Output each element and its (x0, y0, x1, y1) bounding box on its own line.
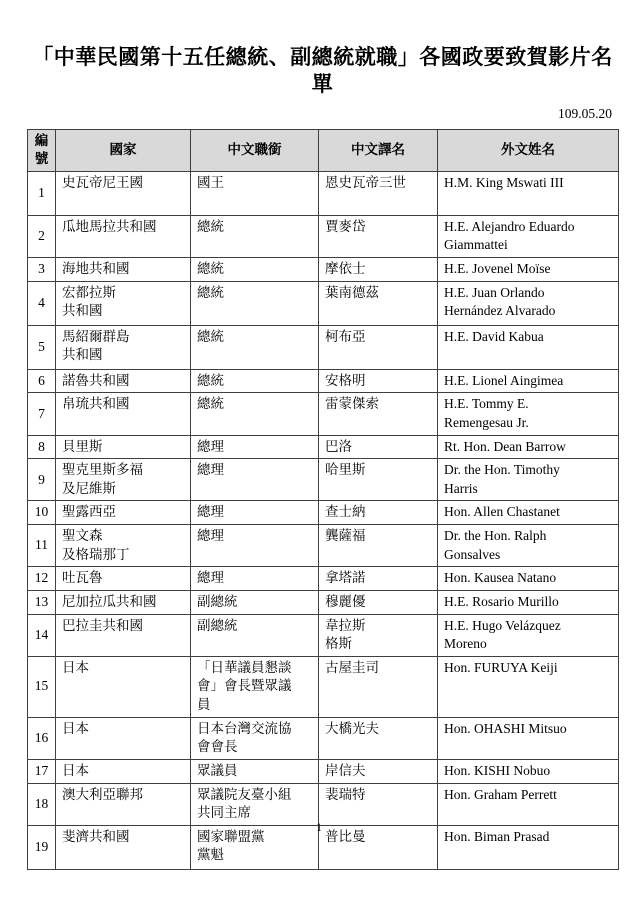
cell-name-cn: 巴洛 (319, 435, 438, 459)
table-row: 14巴拉圭共和國副總統韋拉斯 格斯H.E. Hugo Velázquez Mor… (28, 614, 619, 656)
cell-country: 史瓦帝尼王國 (56, 171, 191, 215)
cell-country: 巴拉圭共和國 (56, 614, 191, 656)
cell-country: 澳大利亞聯邦 (56, 783, 191, 825)
cell-name-en: Dr. the Hon. Ralph Gonsalves (438, 525, 619, 567)
cell-title-cn: 總統 (191, 393, 319, 435)
cell-no: 13 (28, 590, 56, 614)
cell-title-cn: 總統 (191, 258, 319, 282)
table-row: 18澳大利亞聯邦眾議院友臺小組 共同主席裴瑞特Hon. Graham Perre… (28, 783, 619, 825)
cell-no: 18 (28, 783, 56, 825)
cell-name-cn: 賈麥岱 (319, 215, 438, 257)
cell-no: 5 (28, 325, 56, 369)
table-row: 17日本眾議員岸信夫Hon. KISHI Nobuo (28, 759, 619, 783)
cell-name-en: Hon. KISHI Nobuo (438, 759, 619, 783)
cell-no: 14 (28, 614, 56, 656)
page-number: 1 (0, 822, 638, 834)
document-title: 「中華民國第十五任總統、副總統就職」各國政要致賀影片名單 (27, 44, 618, 99)
cell-no: 17 (28, 759, 56, 783)
cell-name-cn: 古屋圭司 (319, 656, 438, 717)
cell-title-cn: 眾議院友臺小組 共同主席 (191, 783, 319, 825)
cell-name-cn: 穆麗優 (319, 590, 438, 614)
cell-no: 2 (28, 215, 56, 257)
cell-no: 1 (28, 171, 56, 215)
table-row: 4宏都拉斯 共和國總統葉南德茲H.E. Juan Orlando Hernánd… (28, 281, 619, 325)
cell-title-cn: 國王 (191, 171, 319, 215)
table-row: 2瓜地馬拉共和國總統賈麥岱H.E. Alejandro Eduardo Giam… (28, 215, 619, 257)
table-row: 11聖文森 及格瑞那丁總理龔薩福Dr. the Hon. Ralph Gonsa… (28, 525, 619, 567)
cell-name-cn: 大橋光夫 (319, 717, 438, 759)
table-row: 10聖露西亞總理查士納Hon. Allen Chastanet (28, 501, 619, 525)
cell-name-en: H.E. Tommy E. Remengesau Jr. (438, 393, 619, 435)
cell-name-cn: 雷蒙傑索 (319, 393, 438, 435)
table-row: 8貝里斯總理巴洛Rt. Hon. Dean Barrow (28, 435, 619, 459)
cell-name-en: H.E. Alejandro Eduardo Giammattei (438, 215, 619, 257)
column-header-country: 國家 (56, 129, 191, 171)
cell-title-cn: 總統 (191, 281, 319, 325)
column-header-name-en: 外文姓名 (438, 129, 619, 171)
cell-no: 9 (28, 459, 56, 501)
table-row: 5馬紹爾群島 共和國總統柯布亞H.E. David Kabua (28, 325, 619, 369)
cell-name-en: Hon. FURUYA Keiji (438, 656, 619, 717)
cell-name-en: H.E. Hugo Velázquez Moreno (438, 614, 619, 656)
cell-name-cn: 拿塔諾 (319, 567, 438, 591)
cell-name-en: Hon. OHASHI Mitsuo (438, 717, 619, 759)
cell-name-en: H.E. Juan Orlando Hernández Alvarado (438, 281, 619, 325)
cell-name-cn: 岸信夫 (319, 759, 438, 783)
cell-title-cn: 總理 (191, 459, 319, 501)
column-header-no: 編 號 (28, 129, 56, 171)
cell-name-cn: 查士納 (319, 501, 438, 525)
cell-no: 11 (28, 525, 56, 567)
cell-title-cn: 總統 (191, 325, 319, 369)
cell-country: 馬紹爾群島 共和國 (56, 325, 191, 369)
cell-name-cn: 葉南德茲 (319, 281, 438, 325)
cell-title-cn: 日本台灣交流協 會會長 (191, 717, 319, 759)
cell-name-en: H.E. Rosario Murillo (438, 590, 619, 614)
cell-name-en: Hon. Kausea Natano (438, 567, 619, 591)
cell-country: 日本 (56, 656, 191, 717)
table-row: 9聖克里斯多福 及尼維斯總理哈里斯Dr. the Hon. Timothy Ha… (28, 459, 619, 501)
cell-title-cn: 眾議員 (191, 759, 319, 783)
table-row: 6諾魯共和國總統安格明H.E. Lionel Aingimea (28, 369, 619, 393)
cell-name-en: Dr. the Hon. Timothy Harris (438, 459, 619, 501)
cell-name-en: H.E. Lionel Aingimea (438, 369, 619, 393)
cell-title-cn: 總統 (191, 369, 319, 393)
table-row: 3海地共和國總統摩依士H.E. Jovenel Moïse (28, 258, 619, 282)
cell-country: 海地共和國 (56, 258, 191, 282)
cell-no: 7 (28, 393, 56, 435)
table-row: 1史瓦帝尼王國國王恩史瓦帝三世H.M. King Mswati III (28, 171, 619, 215)
table-row: 15日本「日華議員懇談 會」會長暨眾議 員古屋圭司Hon. FURUYA Kei… (28, 656, 619, 717)
cell-name-en: Rt. Hon. Dean Barrow (438, 435, 619, 459)
table-row: 13尼加拉瓜共和國副總統穆麗優H.E. Rosario Murillo (28, 590, 619, 614)
column-header-name-cn: 中文譯名 (319, 129, 438, 171)
cell-title-cn: 總統 (191, 215, 319, 257)
cell-name-en: Hon. Allen Chastanet (438, 501, 619, 525)
document-date: 109.05.20 (27, 106, 612, 122)
cell-name-cn: 龔薩福 (319, 525, 438, 567)
cell-country: 聖露西亞 (56, 501, 191, 525)
cell-country: 帛琉共和國 (56, 393, 191, 435)
cell-name-en: Hon. Graham Perrett (438, 783, 619, 825)
cell-name-cn: 裴瑞特 (319, 783, 438, 825)
cell-title-cn: 總理 (191, 525, 319, 567)
cell-country: 貝里斯 (56, 435, 191, 459)
cell-no: 4 (28, 281, 56, 325)
cell-title-cn: 「日華議員懇談 會」會長暨眾議 員 (191, 656, 319, 717)
table-row: 7帛琉共和國總統雷蒙傑索H.E. Tommy E. Remengesau Jr. (28, 393, 619, 435)
table-body: 1史瓦帝尼王國國王恩史瓦帝三世H.M. King Mswati III2瓜地馬拉… (28, 171, 619, 869)
document-page: 「中華民國第十五任總統、副總統就職」各國政要致賀影片名單 109.05.20 編… (0, 0, 638, 870)
cell-country: 吐瓦魯 (56, 567, 191, 591)
cell-name-cn: 韋拉斯 格斯 (319, 614, 438, 656)
cell-no: 16 (28, 717, 56, 759)
cell-country: 日本 (56, 759, 191, 783)
cell-country: 聖克里斯多福 及尼維斯 (56, 459, 191, 501)
cell-country: 日本 (56, 717, 191, 759)
cell-name-en: H.E. Jovenel Moïse (438, 258, 619, 282)
cell-title-cn: 總理 (191, 435, 319, 459)
cell-name-en: H.M. King Mswati III (438, 171, 619, 215)
table-row: 16日本日本台灣交流協 會會長大橋光夫Hon. OHASHI Mitsuo (28, 717, 619, 759)
cell-no: 3 (28, 258, 56, 282)
cell-title-cn: 總理 (191, 567, 319, 591)
table-row: 12吐瓦魯總理拿塔諾Hon. Kausea Natano (28, 567, 619, 591)
cell-name-cn: 摩依士 (319, 258, 438, 282)
cell-no: 12 (28, 567, 56, 591)
cell-name-cn: 安格明 (319, 369, 438, 393)
cell-country: 尼加拉瓜共和國 (56, 590, 191, 614)
cell-title-cn: 總理 (191, 501, 319, 525)
cell-name-cn: 柯布亞 (319, 325, 438, 369)
cell-name-en: H.E. David Kabua (438, 325, 619, 369)
cell-country: 瓜地馬拉共和國 (56, 215, 191, 257)
cell-title-cn: 副總統 (191, 614, 319, 656)
cell-title-cn: 副總統 (191, 590, 319, 614)
cell-no: 15 (28, 656, 56, 717)
cell-country: 聖文森 及格瑞那丁 (56, 525, 191, 567)
table-header-row: 編 號國家中文職銜中文譯名外文姓名 (28, 129, 619, 171)
column-header-title-cn: 中文職銜 (191, 129, 319, 171)
cell-no: 10 (28, 501, 56, 525)
cell-no: 8 (28, 435, 56, 459)
cell-name-cn: 恩史瓦帝三世 (319, 171, 438, 215)
cell-country: 宏都拉斯 共和國 (56, 281, 191, 325)
dignitaries-table: 編 號國家中文職銜中文譯名外文姓名 1史瓦帝尼王國國王恩史瓦帝三世H.M. Ki… (27, 129, 619, 870)
cell-country: 諾魯共和國 (56, 369, 191, 393)
cell-name-cn: 哈里斯 (319, 459, 438, 501)
cell-no: 6 (28, 369, 56, 393)
